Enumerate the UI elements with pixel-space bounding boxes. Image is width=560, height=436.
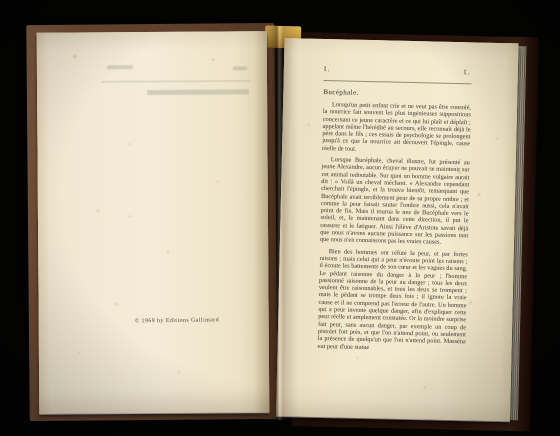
- running-head: I. 1.: [324, 65, 471, 76]
- header-rule: [324, 80, 472, 84]
- showthrough-text: [107, 65, 133, 69]
- page-number: 1.: [463, 68, 471, 76]
- chapter-number: I.: [324, 65, 331, 73]
- copyright-line: © 1969 by Editions Gallimard: [135, 317, 219, 324]
- body-paragraph: Lorsqu'un petit enfant crie et ne veut p…: [322, 101, 471, 155]
- right-page: I. 1. Bucéphale. Lorsqu'un petit enfant …: [276, 38, 519, 421]
- chapter-title: Bucéphale.: [323, 88, 358, 97]
- left-page: © 1969 by Editions Gallimard: [37, 31, 270, 414]
- body-text: Lorsqu'un petit enfant crie et ne veut p…: [317, 101, 471, 357]
- showthrough-text: [233, 66, 247, 70]
- showthrough-text: [147, 89, 249, 95]
- body-paragraph: Lorsque Bucéphale, cheval illustre, fut …: [320, 156, 470, 247]
- book-photo: © 1969 by Editions Gallimard I. 1. Bucép…: [0, 0, 560, 436]
- body-paragraph: Bien des hommes ont réfuté la peur, et p…: [318, 248, 468, 353]
- showthrough-rule: [101, 80, 251, 82]
